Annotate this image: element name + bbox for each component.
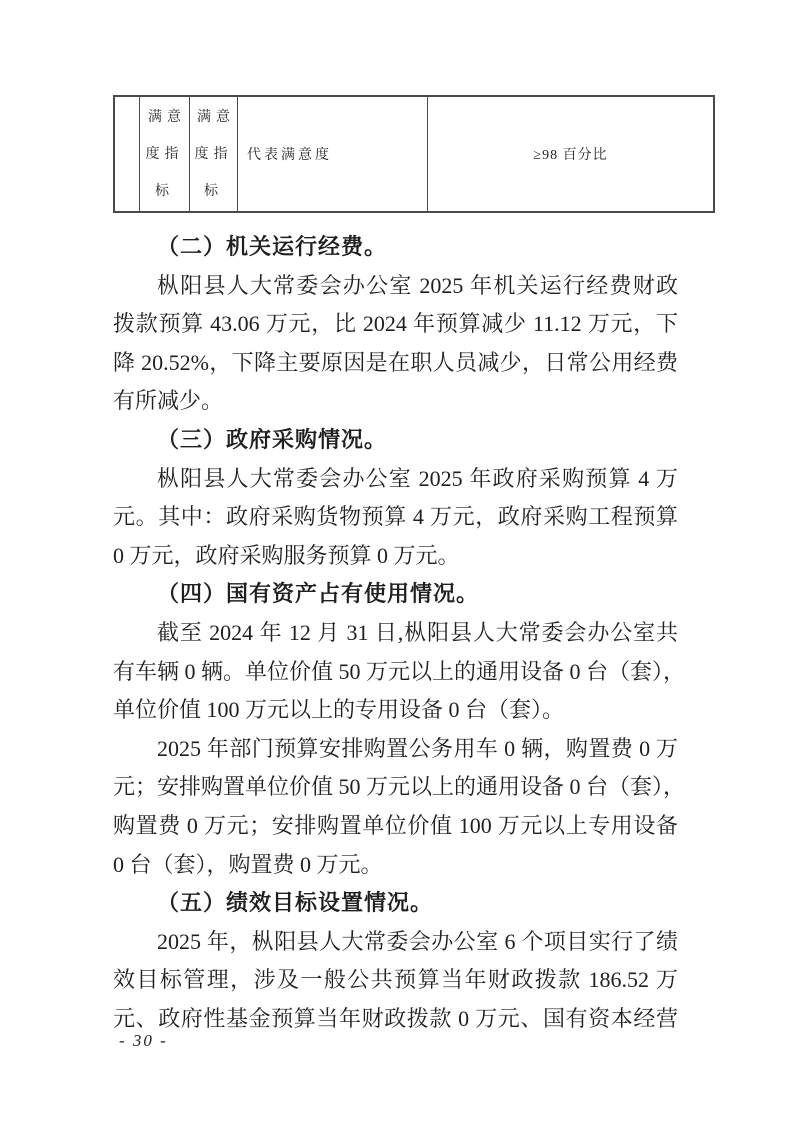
- paragraph-line: 有车辆 0 辆。单位价值 50 万元以上的通用设备 0 台（套），: [113, 653, 678, 692]
- section-heading-5: （五）绩效目标设置情况。: [113, 884, 678, 923]
- section-heading-2: （二）机关运行经费。: [113, 228, 678, 267]
- paragraph-line: 拨款预算 43.06 万元，比 2024 年预算减少 11.12 万元，下: [113, 305, 678, 344]
- table-cell-empty: [115, 97, 140, 211]
- paragraph-line: 购置费 0 万元；安排购置单位价值 100 万元以上专用设备: [113, 807, 678, 846]
- section-heading-4: （四）国有资产占有使用情况。: [113, 575, 678, 614]
- table-cell-indicator-level-1: 满意 度指 标: [140, 97, 190, 211]
- paragraph-line: 有所减少。: [113, 382, 678, 421]
- document-page: 满意 度指 标 满意 度指 标 代表满意度 ≥98 百分比 （二）机关运行经费。…: [0, 0, 793, 1122]
- table-cell-indicator-name: 代表满意度: [238, 97, 428, 211]
- paragraph-line: 2025 年部门预算安排购置公务用车 0 辆，购置费 0 万: [113, 730, 678, 769]
- table-cell-indicator-level-2: 满意 度指 标: [190, 97, 238, 211]
- table-cell-indicator-value: ≥98 百分比: [428, 97, 713, 211]
- paragraph-line: 效目标管理，涉及一般公共预算当年财政拨款 186.52 万: [113, 961, 678, 1000]
- document-body: （二）机关运行经费。 枞阳县人大常委会办公室 2025 年机关运行经费财政 拨款…: [113, 228, 678, 1038]
- paragraph-line: 元；安排购置单位价值 50 万元以上的通用设备 0 台（套），: [113, 768, 678, 807]
- paragraph-line: 截至 2024 年 12 月 31 日,枞阳县人大常委会办公室共: [113, 614, 678, 653]
- paragraph-line: 枞阳县人大常委会办公室 2025 年政府采购预算 4 万: [113, 460, 678, 499]
- paragraph-line: 0 台（套），购置费 0 万元。: [113, 846, 678, 885]
- paragraph-line: 2025 年，枞阳县人大常委会办公室 6 个项目实行了绩: [113, 923, 678, 962]
- section-heading-3: （三）政府采购情况。: [113, 421, 678, 460]
- page-number: - 30 -: [119, 1031, 168, 1051]
- paragraph-line: 元。其中：政府采购货物预算 4 万元，政府采购工程预算: [113, 498, 678, 537]
- paragraph-line: 降 20.52%，下降主要原因是在职人员减少，日常公用经费: [113, 344, 678, 383]
- paragraph-line: 枞阳县人大常委会办公室 2025 年机关运行经费财政: [113, 267, 678, 306]
- satisfaction-indicator-table: 满意 度指 标 满意 度指 标 代表满意度 ≥98 百分比: [113, 95, 715, 213]
- paragraph-line: 0 万元，政府采购服务预算 0 万元。: [113, 537, 678, 576]
- paragraph-line: 单位价值 100 万元以上的专用设备 0 台（套）。: [113, 691, 678, 730]
- paragraph-line: 元、政府性基金预算当年财政拨款 0 万元、国有资本经营: [113, 1000, 678, 1039]
